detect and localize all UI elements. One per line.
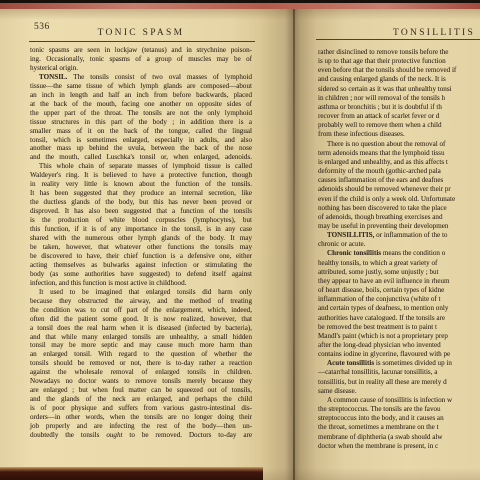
text-line: disproved. It has also been suggested th… <box>30 207 252 216</box>
text-line: is of poor physique and suffers from var… <box>30 404 252 413</box>
text-line: hysterical origin. <box>30 64 252 73</box>
book-cover-bottom-edge <box>0 467 263 480</box>
text-line: infection, and this function is most act… <box>30 279 252 288</box>
text-line: from these infectious diseases. <box>318 130 480 139</box>
text-line: a tonsil does the real harm when it is d… <box>30 324 252 333</box>
text-line: tonsillitis, but in reality all these ar… <box>318 378 480 387</box>
text-line: against the wholesale removal of enlarge… <box>30 368 252 377</box>
text-line: authorities have catalogued. If the tons… <box>318 314 480 323</box>
text-line: even if the child is only a week old. Un… <box>318 195 480 204</box>
text-line: streptococcus into the body, and it caus… <box>318 414 480 423</box>
page-number: 536 <box>34 22 50 32</box>
text-line: causes inflammation of the ears and deaf… <box>318 176 480 185</box>
text-line: It used to be imagined that enlarged ton… <box>30 288 252 297</box>
text-line: chronic or acute. <box>318 240 480 249</box>
text-line: Chronic tonsillitis means the condition … <box>318 249 480 258</box>
text-line: body (as some authorities have suggested… <box>30 270 252 279</box>
text-line: adenoids should be removed whenever thei… <box>318 185 480 194</box>
text-line: contains iodine in glycerine, flavoured … <box>318 350 480 359</box>
header-rule-left <box>29 41 255 42</box>
running-head-left: TONIC SPASM <box>98 28 185 38</box>
text-line: term adenoids means that the lymphoid ti… <box>318 149 480 158</box>
text-line: is up to that age that their protective … <box>318 57 480 66</box>
text-line: membrane of diphtheria (a swab should al… <box>318 433 480 442</box>
text-line: this function, if it is of any importanc… <box>30 225 252 234</box>
text-line: in reality very little is known about th… <box>30 180 252 189</box>
text-line: Mandl's paint (which is not a proprietar… <box>318 332 480 341</box>
text-line: of adenoids, though breathing exercises … <box>318 213 480 222</box>
header-rule-right <box>316 39 480 40</box>
text-line: and the glands of the neck are enlarged,… <box>30 395 252 404</box>
text-line: rather disinclined to remove tonsils bef… <box>318 48 480 57</box>
book-gutter <box>293 9 295 480</box>
text-line: job properly and are infecting the rest … <box>30 422 252 431</box>
text-line: shared with the numerous other lymph gla… <box>30 234 252 243</box>
right-page-text: rather disinclined to remove tonsils bef… <box>318 48 480 451</box>
text-line: tissue—the same tissue of which lymph gl… <box>30 82 252 91</box>
text-line: It has been suggested that they produce … <box>30 189 252 198</box>
text-line: sidered so certain as it was that unheal… <box>318 85 480 94</box>
text-line: A common cause of tonsillitis is infecti… <box>318 396 480 405</box>
text-line: There is no question about the removal o… <box>318 140 480 149</box>
text-line: asthma or bronchitis ; but it is doubtfu… <box>318 103 480 112</box>
text-line: healthy tonsils, to which a great variet… <box>318 259 480 268</box>
text-line: same disease. <box>318 387 480 396</box>
text-line: after the long-dead physician who invent… <box>318 341 480 350</box>
text-line: are enlarged ; but when foul matter can … <box>30 386 252 395</box>
text-line: often did the patient some good. It is n… <box>30 315 252 324</box>
text-line: Waldeyer's ring. It is believed to have … <box>30 171 252 180</box>
text-line: tonsils should be removed or not, there … <box>30 359 252 368</box>
left-page-text: tonic spasms are seen in lockjaw (tetanu… <box>30 46 252 440</box>
text-line: they appear to have an evil influence in… <box>318 277 480 286</box>
text-line: be removed the best treatment is to pain… <box>318 323 480 332</box>
text-line: and the mouth, called Luschka's tonsil o… <box>30 153 252 162</box>
text-line: the throat, sometimes a membrane on the … <box>318 423 480 432</box>
right-page-header: TONSILLITIS <box>318 22 480 40</box>
text-line: acting themselves as bulwarks against in… <box>30 261 252 270</box>
text-line: and causing enlarged glands of the neck.… <box>318 75 480 84</box>
text-line: TONSIL. The tonsils consist of two oval … <box>30 73 252 82</box>
text-line: attributed, some justly, some unjustly ;… <box>318 268 480 277</box>
text-line: at the back of the mouth, facing one ano… <box>30 100 252 109</box>
text-line: and certain types of deafness, to mentio… <box>318 304 480 313</box>
text-line: may be useful in preventing their develo… <box>318 222 480 231</box>
text-line: tissue structures in this part of the bo… <box>30 118 252 127</box>
text-line: This whole chain of separate masses of l… <box>30 162 252 171</box>
text-line: and that while many enlarged tonsils are… <box>30 333 252 342</box>
text-line: an enlarged tonsil. With regard to the q… <box>30 350 252 359</box>
text-line: be taken, however, that whatever other f… <box>30 243 252 252</box>
text-line: probably well to remove them when a chil… <box>318 121 480 130</box>
left-page-header: 536 TONIC SPASM <box>30 22 252 40</box>
text-line: tonsil, which is sometimes enlarged, esp… <box>30 136 252 145</box>
text-line: is enlarged and unhealthy, and as this a… <box>318 158 480 167</box>
text-line: be discovered to have, their chief funct… <box>30 252 252 261</box>
text-line: another mass up behind the uvula, betwee… <box>30 144 252 153</box>
running-head-right: TONSILLITIS <box>393 28 475 38</box>
text-line: because they obstructed the airway, and … <box>30 297 252 306</box>
text-line: Acute tonsillitis is sometimes divided u… <box>318 359 480 368</box>
text-line: inflammation of the conjunctiva (white o… <box>318 295 480 304</box>
text-line: orders—in other words, when the tonsils … <box>30 413 252 422</box>
text-line: the condition was to cut off part of the… <box>30 306 252 315</box>
text-line: is the production of white blood corpusc… <box>30 216 252 225</box>
text-line: an inch in length and half an inch from … <box>30 91 252 100</box>
text-line: tonsil may be more septic and may cause … <box>30 341 252 350</box>
text-line: doctor when the membrane is present, in … <box>318 442 480 451</box>
text-line: deformity of the mouth (gothic-arched pa… <box>318 167 480 176</box>
text-line: nothing has been discovered to take the … <box>318 204 480 213</box>
text-line: smaller mass of it on the back of the to… <box>30 127 252 136</box>
text-line: —catarrhal tonsillitis, lacunar tonsilli… <box>318 368 480 377</box>
text-line: in children ; nor will removal of the to… <box>318 94 480 103</box>
text-line: of heart disease, boils, certain types o… <box>318 286 480 295</box>
text-line: even before that the tonsils should be r… <box>318 66 480 75</box>
text-line: TONSILLITIS, or inflammation of the to <box>318 231 480 240</box>
text-line: the ductless glands of the body, but thi… <box>30 198 252 207</box>
text-line: tonic spasms are seen in lockjaw (tetanu… <box>30 46 252 55</box>
text-line: the streptococcus. The tonsils are the f… <box>318 405 480 414</box>
text-line: the upper part of the throat. The tonsil… <box>30 109 252 118</box>
text-line: ing. Occasionally, tonic spasms of a gro… <box>30 55 252 64</box>
text-line: Nowadays no doctor wants to remove tonsi… <box>30 377 252 386</box>
text-line: doubtedly the tonsils ought to be remove… <box>30 431 252 440</box>
open-book-pages: 536 TONIC SPASM tonic spasms are seen in… <box>0 9 480 480</box>
text-line: recover from an attack of scarlet fever … <box>318 112 480 121</box>
